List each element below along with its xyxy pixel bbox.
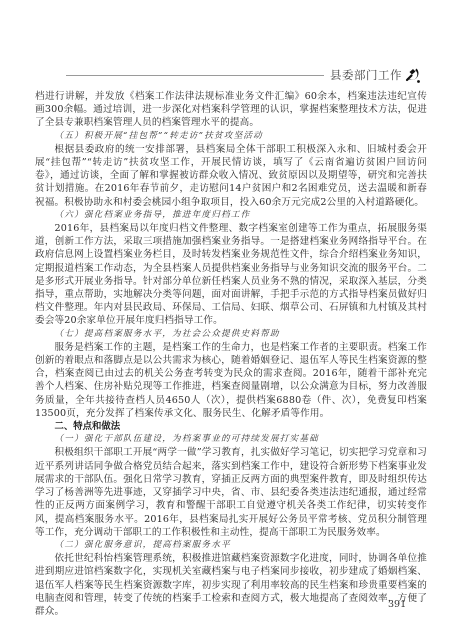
subsection-heading: （七）提高档案服务水平，为社会公众提供史料帮助 <box>35 328 427 341</box>
paragraph: 根据县委政府的统一安排部署，县档案局全体干部职工积极深入永和、旧城村委会开展“挂… <box>35 143 427 209</box>
subsection-heading: （五）积极开展“挂包帮”“转走访”扶贫攻坚活动 <box>35 130 427 143</box>
party-emblem-icon <box>404 66 422 84</box>
section-title: 县委部门工作 <box>330 67 402 83</box>
header-rule <box>66 75 324 76</box>
paragraph: 服务是档案工作的主题，是档案工作的生命力，也是档案工作者的主要职责。档案工作创新… <box>35 341 427 420</box>
subsection-heading: （一）强化干部队伍建设，为档案事业的可持续发展打实基础 <box>35 433 427 446</box>
document-body: 档进行讲解，并发放《档案工作法律法规标准业务文件汇编》60余本，档案违法违纪宣传… <box>35 90 427 618</box>
paragraph: 2016年，县档案局以年度归档文件整理、数字档案室创建等工作为重点，拓展服务渠道… <box>35 222 427 328</box>
paragraph: 依托世纪科怡档案管理系统，积极推进馆藏档案资源数字化进度，同时，协调各单位推进到… <box>35 552 427 618</box>
subsection-heading: （二）强化服务意识，提高档案服务水平 <box>35 539 427 552</box>
running-header: 县委部门工作 <box>66 66 426 86</box>
subsection-heading: （六）强化档案业务指导，推进年度归档工作 <box>35 209 427 222</box>
page-number: 391 <box>388 599 406 610</box>
paragraph: 积极组织干部职工开展“两学一做”学习教育，扎实做好学习笔记，切实把学习党章和习近… <box>35 446 427 538</box>
paragraph: 档进行讲解，并发放《档案工作法律法规标准业务文件汇编》60余本，档案违法违纪宣传… <box>35 90 427 130</box>
section-heading: 二、特点和做法 <box>35 420 427 433</box>
